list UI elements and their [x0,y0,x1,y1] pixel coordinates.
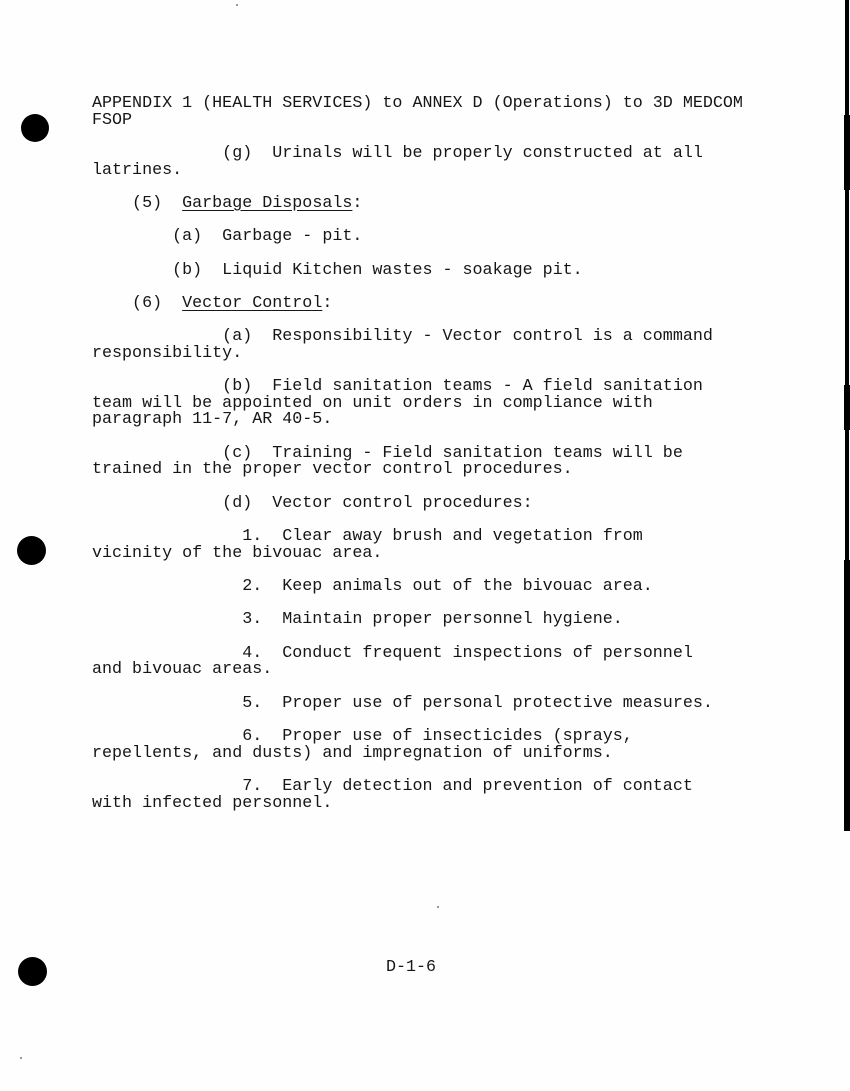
text-line: vicinity of the bivouac area. [92,544,382,563]
page-number: D-1-6 [386,958,436,977]
text-line: repellents, and dusts) and impregnation … [92,744,613,763]
scan-edge-artifact [844,560,850,831]
text-segment: 5. Proper use of personal protective mea… [92,694,713,713]
text-segment: : [352,194,362,213]
text-line: (g) Urinals will be properly constructed… [92,144,703,163]
text-segment: (a) Garbage - pit. [92,227,362,246]
text-line: 2. Keep animals out of the bivouac area. [92,577,653,596]
text-segment: APPENDIX 1 (HEALTH SERVICES) to ANNEX D … [92,94,743,113]
scan-edge-artifact [844,115,850,190]
text-line: (d) Vector control procedures: [92,494,533,513]
text-segment: : [322,294,332,313]
text-segment: (d) Vector control procedures: [92,494,533,513]
text-line: and bivouac areas. [92,660,272,679]
text-line: with infected personnel. [92,794,332,813]
scan-noise-speck [236,4,238,6]
text-segment: with infected personnel. [92,794,332,813]
text-line: 5. Proper use of personal protective mea… [92,694,713,713]
text-segment: (6) [92,294,182,313]
underlined-heading-text: Garbage Disposals [182,194,352,213]
text-segment: trained in the proper vector control pro… [92,460,573,479]
scan-noise-speck [20,1057,22,1059]
text-line: APPENDIX 1 (HEALTH SERVICES) to ANNEX D … [92,94,743,113]
scanned-document-page: APPENDIX 1 (HEALTH SERVICES) to ANNEX D … [0,0,850,1091]
hole-punch-icon [18,957,47,986]
text-line: FSOP [92,111,132,130]
text-segment: FSOP [92,111,132,130]
scan-noise-speck [437,906,439,908]
text-segment: and bivouac areas. [92,660,272,679]
text-line: paragraph 11-7, AR 40-5. [92,410,332,429]
hole-punch-icon [21,114,49,142]
text-line: latrines. [92,161,182,180]
text-line: responsibility. [92,344,242,363]
text-segment: repellents, and dusts) and impregnation … [92,744,613,763]
text-segment: paragraph 11-7, AR 40-5. [92,410,332,429]
text-line: (5) Garbage Disposals: [92,194,362,213]
text-segment: 2. Keep animals out of the bivouac area. [92,577,653,596]
text-line: (6) Vector Control: [92,294,332,313]
text-line: (b) Liquid Kitchen wastes - soakage pit. [92,261,583,280]
scan-edge-artifact [844,385,850,430]
text-line: trained in the proper vector control pro… [92,460,573,479]
text-line: 3. Maintain proper personnel hygiene. [92,610,623,629]
text-segment: (g) Urinals will be properly constructed… [92,144,703,163]
text-segment: 3. Maintain proper personnel hygiene. [92,610,623,629]
text-segment: latrines. [92,161,182,180]
hole-punch-icon [17,536,46,565]
text-segment: responsibility. [92,344,242,363]
text-segment: (5) [92,194,182,213]
underlined-heading-text: Vector Control [182,294,322,313]
text-segment: vicinity of the bivouac area. [92,544,382,563]
document-text: APPENDIX 1 (HEALTH SERVICES) to ANNEX D … [92,96,743,812]
text-line: (a) Garbage - pit. [92,227,362,246]
text-segment: (b) Liquid Kitchen wastes - soakage pit. [92,261,583,280]
